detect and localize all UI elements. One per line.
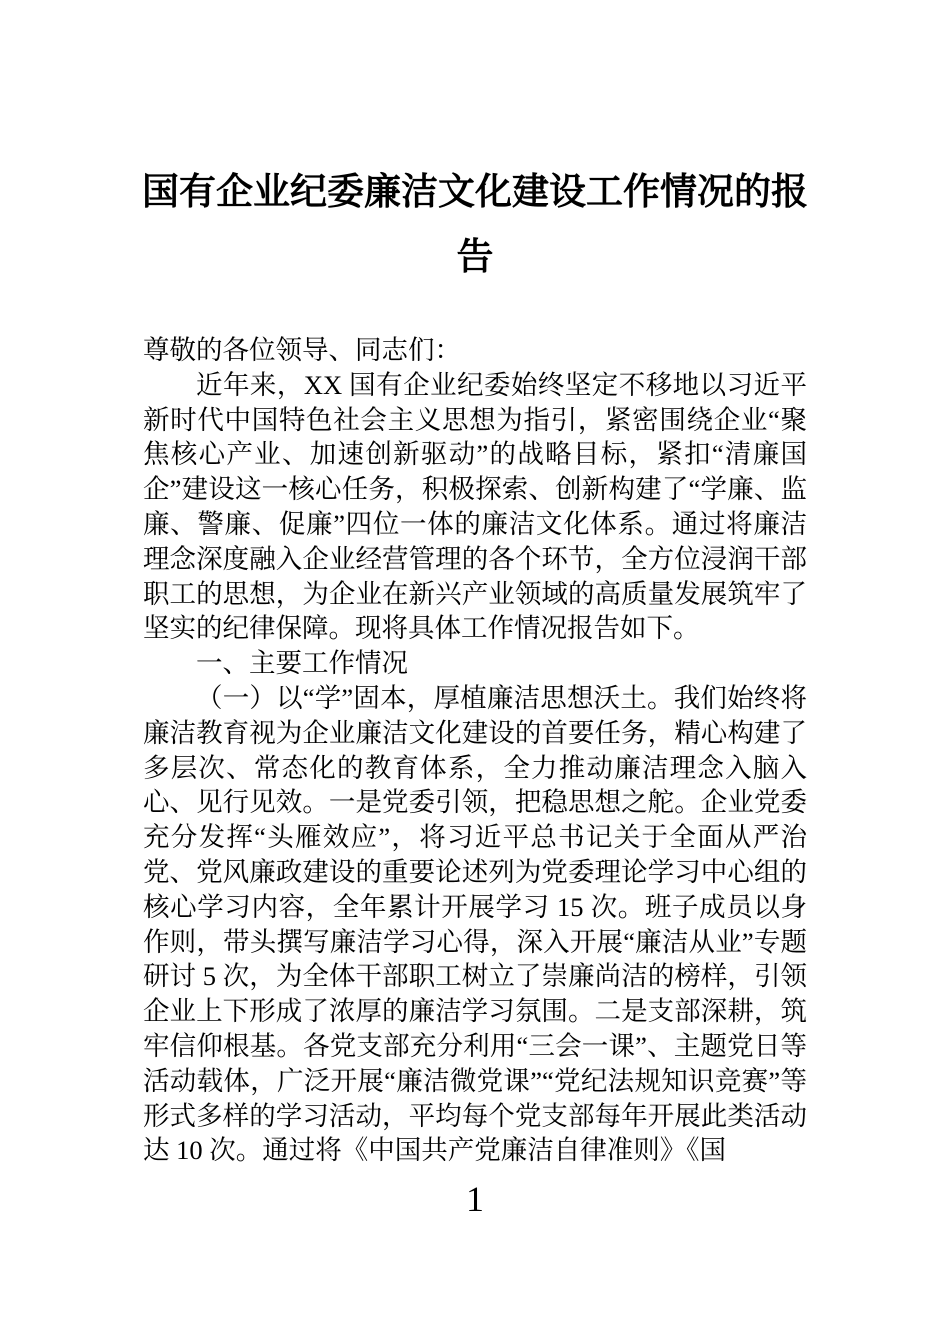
document-body: 尊敬的各位领导、同志们： 近年来，XX 国有企业纪委始终坚定不移地以习近平新时代…: [143, 333, 807, 1168]
document-page: 国有企业纪委廉洁文化建设工作情况的报告 尊敬的各位领导、同志们： 近年来，XX …: [0, 0, 950, 1344]
document-title: 国有企业纪委廉洁文化建设工作情况的报告: [135, 160, 815, 290]
salutation-line: 尊敬的各位领导、同志们：: [143, 333, 807, 368]
body-paragraph-section-one: （一）以“学”固本，厚植廉洁思想沃土。我们始终将廉洁教育视为企业廉洁文化建设的首…: [143, 681, 807, 1168]
section-heading-main-work: 一、主要工作情况: [143, 646, 807, 681]
page-number: 1: [0, 1181, 950, 1217]
body-paragraph-overview: 近年来，XX 国有企业纪委始终坚定不移地以习近平新时代中国特色社会主义思想为指引…: [143, 368, 807, 646]
